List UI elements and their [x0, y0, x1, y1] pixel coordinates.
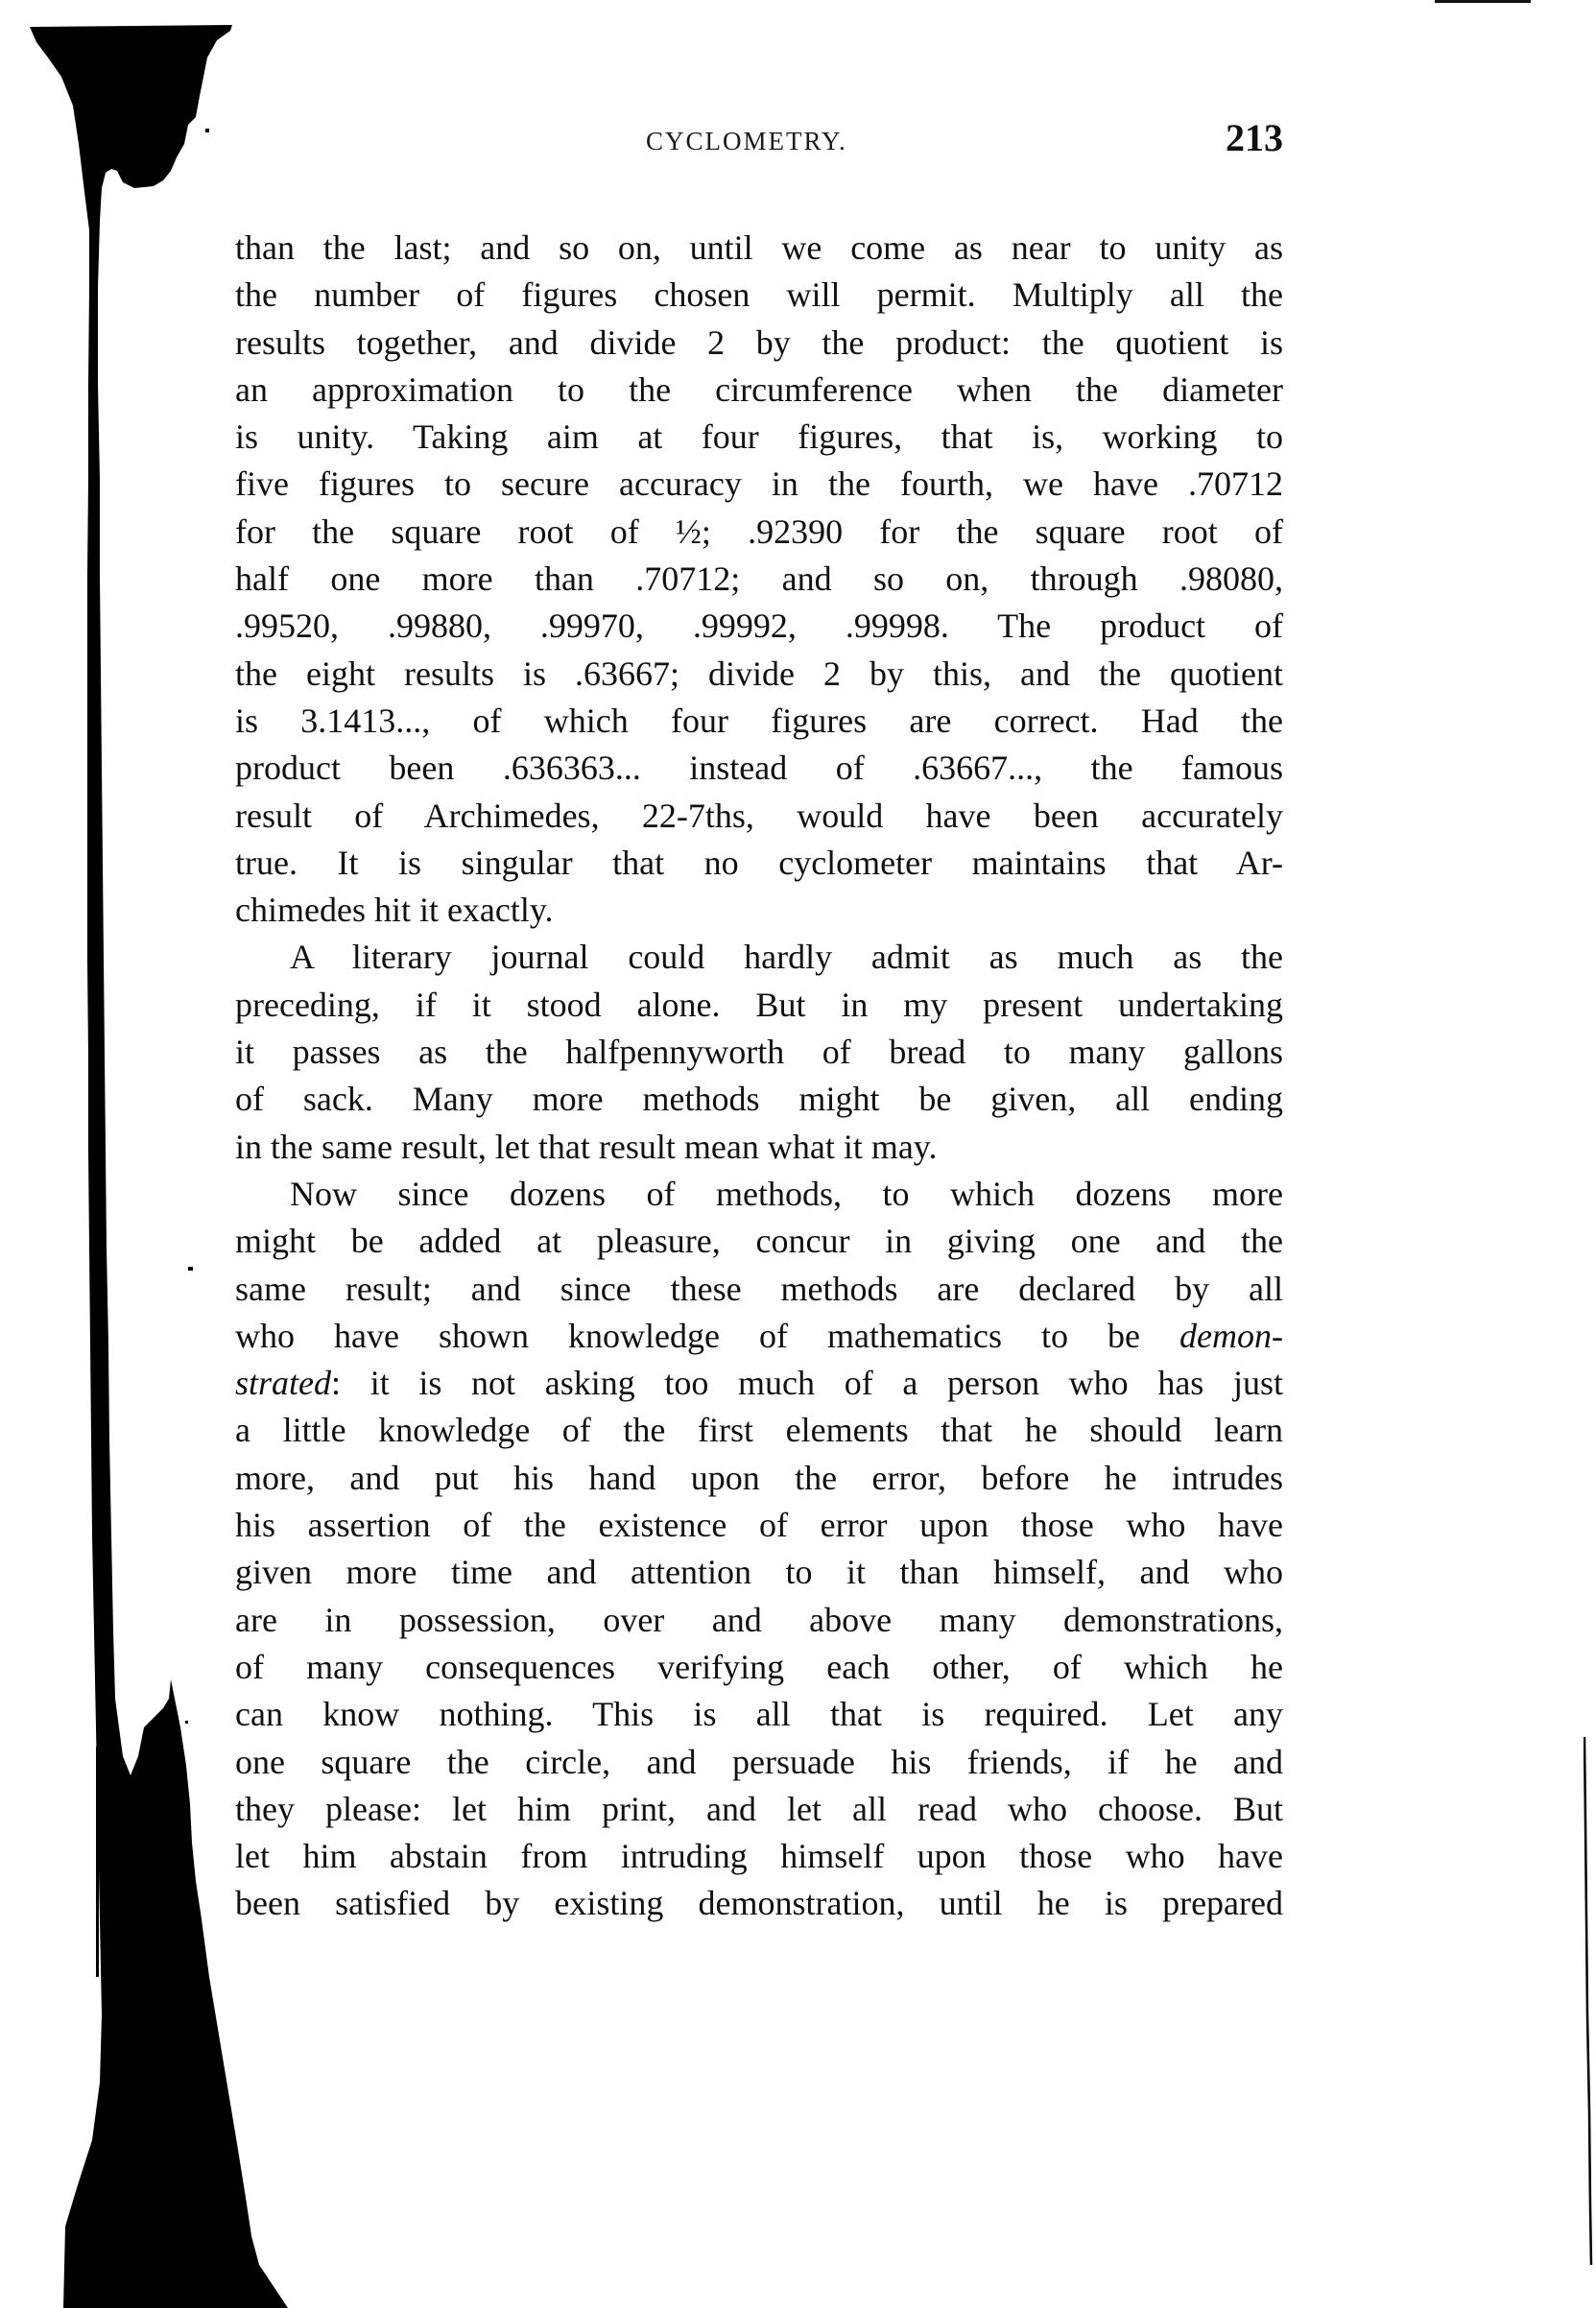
- text-line: results together, and divide 2 by the pr…: [235, 320, 1283, 367]
- italic-emphasis: strated: [235, 1364, 331, 1402]
- page-edge-line: [1584, 0, 1596, 2308]
- text-line: a little knowledge of the first elements…: [235, 1407, 1283, 1454]
- text-line: of many consequences verifying each othe…: [235, 1644, 1283, 1691]
- text-line: more, and put his hand upon the error, b…: [235, 1455, 1283, 1502]
- text-line: an approximation to the circumference wh…: [235, 367, 1283, 414]
- italic-emphasis: demon-: [1179, 1317, 1283, 1355]
- text-line: been satisfied by existing demonstration…: [235, 1880, 1283, 1927]
- book-page: CYCLOMETRY. 213 than the last; and so on…: [0, 0, 1596, 2308]
- text-line: the number of figures chosen will permit…: [235, 272, 1283, 319]
- text-line: product been .636363... instead of .6366…: [235, 745, 1283, 792]
- text-line: might be added at pleasure, concur in gi…: [235, 1218, 1283, 1265]
- text-line: true. It is singular that no cyclometer …: [235, 840, 1283, 887]
- text-line: is 3.1413..., of which four figures are …: [235, 698, 1283, 745]
- text-line: they please: let him print, and let all …: [235, 1786, 1283, 1833]
- paragraph-1: than the last; and so on, until we come …: [235, 225, 1283, 934]
- text-line: can know nothing. This is all that is re…: [235, 1691, 1283, 1738]
- text-line: .99520, .99880, .99970, .99992, .99998. …: [235, 603, 1283, 650]
- text-line: in the same result, let that result mean…: [235, 1124, 1283, 1171]
- text-line: than the last; and so on, until we come …: [235, 225, 1283, 272]
- paragraph-2: A literary journal could hardly admit as…: [235, 934, 1283, 1170]
- text-line: one square the circle, and persuade his …: [235, 1739, 1283, 1786]
- running-title: CYCLOMETRY.: [646, 127, 847, 156]
- text-line: preceding, if it stood alone. But in my …: [235, 982, 1283, 1029]
- text-line: the eight results is .63667; divide 2 by…: [235, 651, 1283, 698]
- text-line: chimedes hit it exactly.: [235, 887, 1283, 934]
- paragraph-3: Now since dozens of methods, to which do…: [235, 1171, 1283, 1928]
- body-text: than the last; and so on, until we come …: [235, 225, 1283, 1928]
- text-line: given more time and attention to it than…: [235, 1549, 1283, 1596]
- page-number: 213: [1226, 115, 1283, 160]
- text-line: let him abstain from intruding himself u…: [235, 1833, 1283, 1880]
- text-line: of sack. Many more methods might be give…: [235, 1076, 1283, 1123]
- text-line: same result; and since these methods are…: [235, 1266, 1283, 1313]
- text-line: Now since dozens of methods, to which do…: [235, 1171, 1283, 1218]
- text-line: it passes as the halfpennyworth of bread…: [235, 1029, 1283, 1076]
- text-line: five figures to secure accuracy in the f…: [235, 461, 1283, 508]
- text-line: for the square root of ½; .92390 for the…: [235, 509, 1283, 556]
- text-line: who have shown knowledge of mathematics …: [235, 1313, 1283, 1360]
- text-line: strated: it is not asking too much of a …: [235, 1360, 1283, 1407]
- text-line: result of Archimedes, 22-7ths, would hav…: [235, 793, 1283, 840]
- text-line: are in possession, over and above many d…: [235, 1597, 1283, 1644]
- text-line: his assertion of the existence of error …: [235, 1502, 1283, 1549]
- text-line: A literary journal could hardly admit as…: [235, 934, 1283, 981]
- running-head: CYCLOMETRY. 213: [235, 119, 1283, 167]
- text-line: is unity. Taking aim at four figures, th…: [235, 414, 1283, 461]
- top-edge-rule: [1435, 0, 1531, 3]
- text-line: half one more than .70712; and so on, th…: [235, 556, 1283, 603]
